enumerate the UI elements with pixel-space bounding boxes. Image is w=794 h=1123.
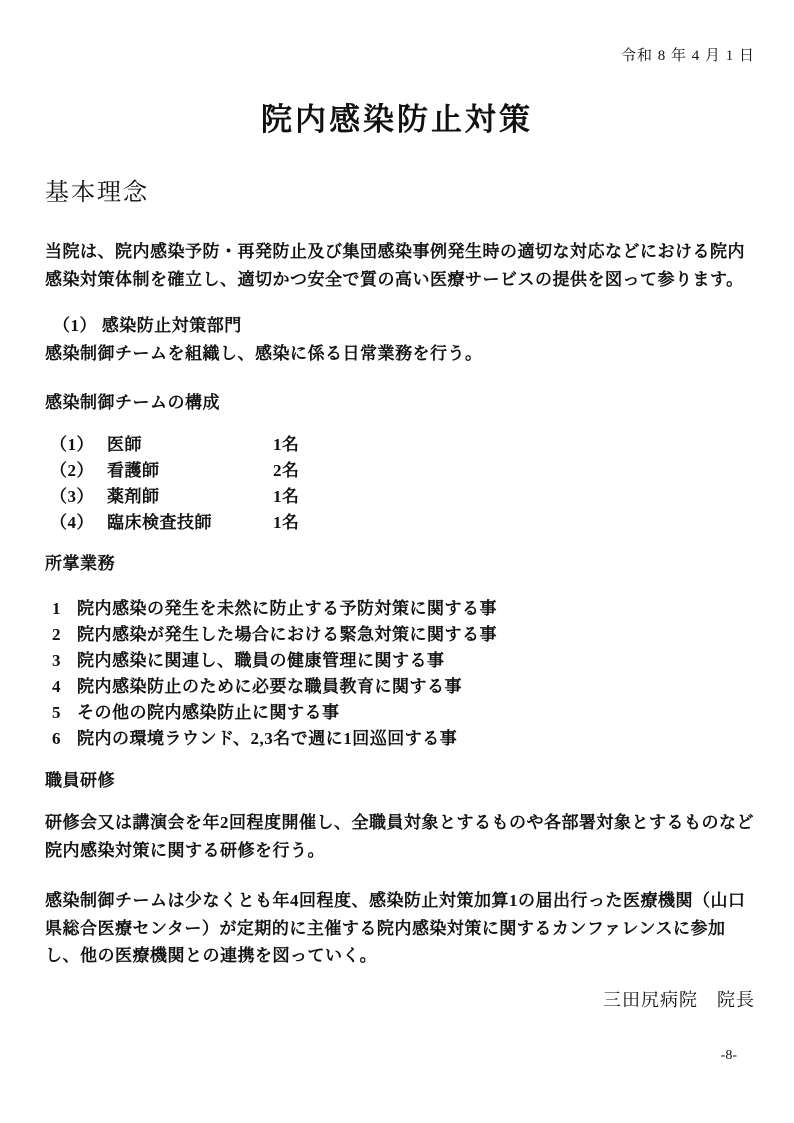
team-member-row: （2） 看護師 2名 bbox=[45, 458, 757, 484]
duty-number: 1 bbox=[45, 596, 77, 622]
team-member-number: （2） bbox=[45, 458, 107, 484]
document-page: 令和 8 年 4 月 1 日 院内感染防止対策 基本理念 当院は、院内感染予防・… bbox=[0, 0, 794, 1123]
signature: 三田尻病院 院長 bbox=[603, 986, 755, 1012]
team-member-number: （1） bbox=[45, 432, 107, 458]
duty-item: 2 院内感染が発生した場合における緊急対策に関する事 bbox=[45, 622, 757, 648]
duty-text: 院内感染の発生を未然に防止する予防対策に関する事 bbox=[77, 596, 497, 622]
team-member-number: （4） bbox=[45, 510, 107, 536]
conference-paragraph: 感染制御チームは少なくとも年4回程度、感染防止対策加算1の届出行った医療機関（山… bbox=[45, 887, 757, 970]
duty-text: その他の院内感染防止に関する事 bbox=[77, 700, 340, 726]
team-member-row: （4） 臨床検査技師 1名 bbox=[45, 510, 757, 536]
duties-list: 1 院内感染の発生を未然に防止する予防対策に関する事 2 院内感染が発生した場合… bbox=[45, 596, 757, 752]
team-member-count: 1名 bbox=[273, 484, 300, 510]
dept-block: （1） 感染防止対策部門 感染制御チームを組織し、感染に係る日常業務を行う。 bbox=[45, 312, 757, 367]
team-member-role: 医師 bbox=[107, 432, 273, 458]
duty-text: 院内感染防止のために必要な職員教育に関する事 bbox=[77, 674, 462, 700]
team-member-count: 2名 bbox=[273, 458, 300, 484]
duty-text: 院内感染が発生した場合における緊急対策に関する事 bbox=[77, 622, 497, 648]
dept-heading: （1） 感染防止対策部門 bbox=[45, 312, 757, 340]
philosophy-paragraph: 当院は、院内感染予防・再発防止及び集団感染事例発生時の適切な対応などにおける院内… bbox=[45, 238, 757, 293]
team-member-count: 1名 bbox=[273, 432, 300, 458]
duty-number: 2 bbox=[45, 622, 77, 648]
team-member-list: （1） 医師 1名 （2） 看護師 2名 （3） 薬剤師 1名 （4） 臨床検査… bbox=[45, 432, 757, 536]
duty-number: 4 bbox=[45, 674, 77, 700]
duty-item: 5 その他の院内感染防止に関する事 bbox=[45, 700, 757, 726]
duty-number: 3 bbox=[45, 648, 77, 674]
dept-body: 感染制御チームを組織し、感染に係る日常業務を行う。 bbox=[45, 340, 757, 368]
document-title: 院内感染防止対策 bbox=[0, 94, 794, 139]
duty-number: 5 bbox=[45, 700, 77, 726]
document-date: 令和 8 年 4 月 1 日 bbox=[621, 44, 755, 65]
duty-text: 院内感染に関連し、職員の健康管理に関する事 bbox=[77, 648, 445, 674]
duty-item: 4 院内感染防止のために必要な職員教育に関する事 bbox=[45, 674, 757, 700]
duty-item: 3 院内感染に関連し、職員の健康管理に関する事 bbox=[45, 648, 757, 674]
page-number: -8- bbox=[721, 1048, 737, 1064]
team-member-row: （3） 薬剤師 1名 bbox=[45, 484, 757, 510]
team-member-number: （3） bbox=[45, 484, 107, 510]
philosophy-heading: 基本理念 bbox=[45, 172, 149, 207]
duty-item: 1 院内感染の発生を未然に防止する予防対策に関する事 bbox=[45, 596, 757, 622]
team-member-role: 薬剤師 bbox=[107, 484, 273, 510]
duty-text: 院内の環境ラウンド、2,3名で週に1回巡回する事 bbox=[77, 726, 457, 752]
team-heading: 感染制御チームの構成 bbox=[45, 388, 220, 413]
training-heading: 職員研修 bbox=[45, 766, 115, 791]
training-paragraph: 研修会又は講演会を年2回程度開催し、全職員対象とするものや各部署対象とするものな… bbox=[45, 809, 757, 864]
duty-number: 6 bbox=[45, 726, 77, 752]
team-member-role: 臨床検査技師 bbox=[107, 510, 273, 536]
team-member-count: 1名 bbox=[273, 510, 300, 536]
duty-item: 6 院内の環境ラウンド、2,3名で週に1回巡回する事 bbox=[45, 726, 757, 752]
team-member-role: 看護師 bbox=[107, 458, 273, 484]
team-member-row: （1） 医師 1名 bbox=[45, 432, 757, 458]
duties-heading: 所掌業務 bbox=[45, 549, 115, 574]
